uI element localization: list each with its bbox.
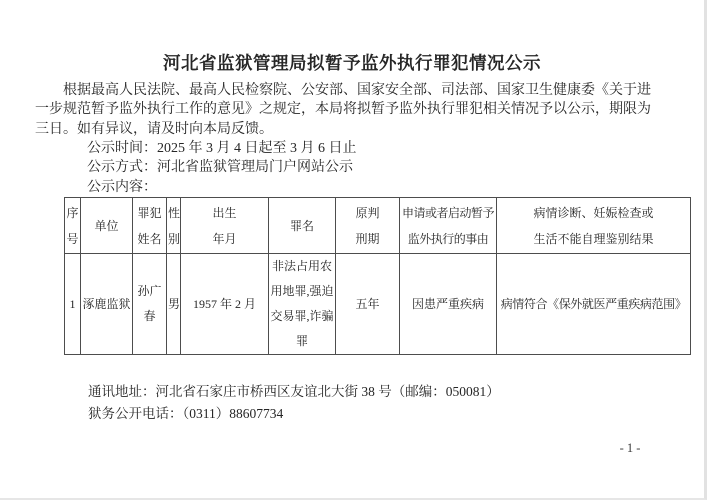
header-application-reason: 申请或者启动暂予 监外执行的事由 — [400, 198, 497, 254]
header-crime: 罪名 — [269, 198, 336, 254]
cell-birth-date: 1957 年 2 月 — [181, 254, 269, 355]
table-row: 1 涿鹿监狱 孙广春 男 1957 年 2 月 非法占用农用地罪,强迫交易罪,诈… — [65, 254, 691, 355]
page-number: - 1 - — [595, 441, 665, 456]
notice-paragraph: 根据最高人民法院、最高人民检察院、公安部、国家安全部、司法部、国家卫生健康委《关… — [35, 81, 697, 139]
cell-application-reason: 因患严重疾病 — [400, 254, 497, 355]
cell-diagnosis-result: 病情符合《保外就医严重疾病范围》 — [497, 254, 691, 355]
notice-title: 河北省监狱管理局拟暂予监外执行罪犯情况公示 — [0, 50, 704, 75]
notice-meta: 公示时间：2025 年 3 月 4 日起至 3 月 6 日止 公示方式：河北省监… — [87, 139, 357, 197]
contact-phone: 狱务公开电话：（0311）88607734 — [88, 403, 500, 425]
contact-address: 通讯地址：河北省石家庄市桥西区友谊北大街 38 号（邮编：050081） — [88, 381, 500, 403]
cell-original-sentence: 五年 — [336, 254, 400, 355]
header-diagnosis-result: 病情诊断、妊娠检查或 生活不能自理鉴别结果 — [497, 198, 691, 254]
cell-unit: 涿鹿监狱 — [81, 254, 133, 355]
table-header-row: 序 号 单位 罪犯 姓名 性 别 出生 年月 罪名 原判 刑期 申请或者启动暂予… — [65, 198, 691, 254]
cell-serial-number: 1 — [65, 254, 81, 355]
document-page: 河北省监狱管理局拟暂予监外执行罪犯情况公示 根据最高人民法院、最高人民检察院、公… — [0, 0, 707, 500]
header-unit: 单位 — [81, 198, 133, 254]
offender-table: 序 号 单位 罪犯 姓名 性 别 出生 年月 罪名 原判 刑期 申请或者启动暂予… — [64, 197, 691, 355]
header-original-sentence: 原判 刑期 — [336, 198, 400, 254]
publicity-time: 公示时间：2025 年 3 月 4 日起至 3 月 6 日止 — [87, 139, 357, 158]
header-birth-date: 出生 年月 — [181, 198, 269, 254]
header-gender: 性 别 — [167, 198, 181, 254]
header-serial-number: 序 号 — [65, 198, 81, 254]
publicity-content-label: 公示内容： — [87, 178, 357, 197]
cell-crime: 非法占用农用地罪,强迫交易罪,诈骗罪 — [269, 254, 336, 355]
cell-offender-name: 孙广春 — [133, 254, 167, 355]
contact-block: 通讯地址：河北省石家庄市桥西区友谊北大街 38 号（邮编：050081） 狱务公… — [88, 381, 500, 426]
header-offender-name: 罪犯 姓名 — [133, 198, 167, 254]
publicity-method: 公示方式：河北省监狱管理局门户网站公示 — [87, 158, 357, 177]
cell-gender: 男 — [167, 254, 181, 355]
